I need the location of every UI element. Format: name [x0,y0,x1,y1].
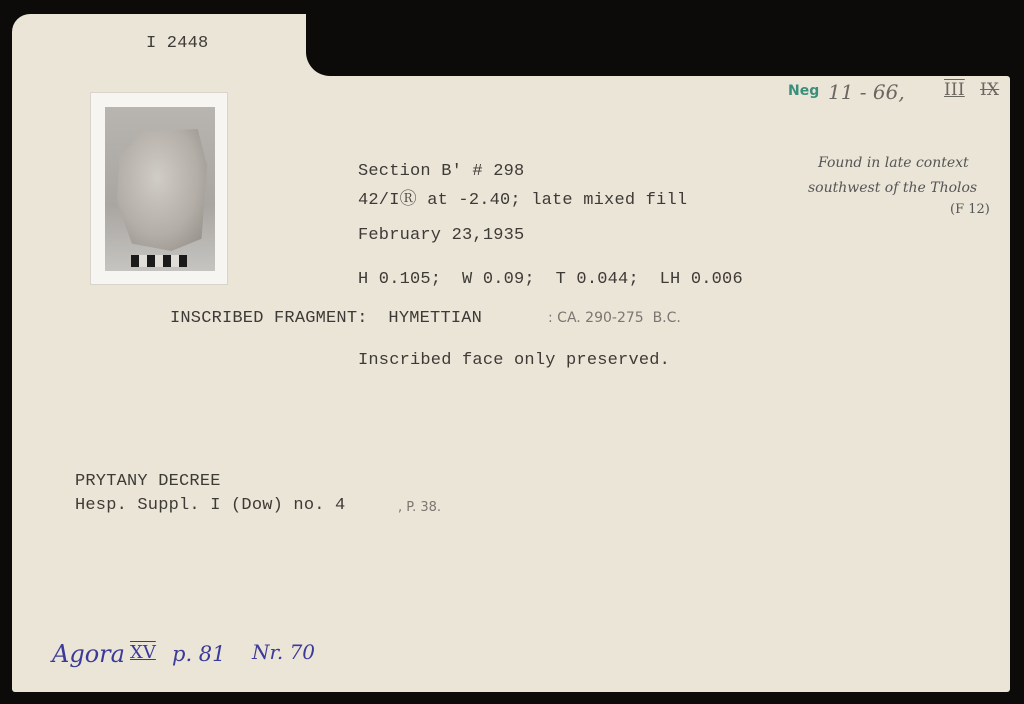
publication-prefix: Agora [52,640,125,668]
dimensions-line: H 0.105; W 0.09; T 0.044; LH 0.006 [358,270,743,289]
find-note-line-3: (F 12) [950,202,990,217]
publication-number: Nr. 70 [252,640,315,664]
reference-page-note: , P. 38. [398,500,441,515]
scale-bar-icon [131,255,187,267]
object-title: INSCRIBED FRAGMENT: HYMETTIAN [170,309,482,328]
artifact-photo [105,107,215,271]
neg-number: 11 - 66, [828,80,905,104]
condition-line: Inscribed face only preserved. [358,351,670,370]
find-note-line-1: Found in late context [818,155,969,171]
publication-volume: XV [130,642,156,663]
publication-page: p. 81 [172,642,226,666]
ref-roman-b: IX [980,80,999,100]
photo-frame [90,92,228,285]
tab-mask-right-2 [306,10,366,76]
ref-roman-a: III [944,80,965,100]
stone-fragment-image [115,129,209,251]
date-range-note: : CA. 290-275 B.C. [548,310,681,326]
neg-stamp: Neg [788,83,819,99]
location-line: 42/IⓇ at -2.40; late mixed fill [358,184,687,210]
find-note-line-2: southwest of the Tholos [808,180,977,196]
inventory-number: I 2448 [146,34,208,53]
category-line: PRYTANY DECREE [75,472,221,491]
date-line: February 23,1935 [358,226,524,245]
reference-line: Hesp. Suppl. I (Dow) no. 4 [75,496,345,515]
section-line: Section B' # 298 [358,162,524,181]
